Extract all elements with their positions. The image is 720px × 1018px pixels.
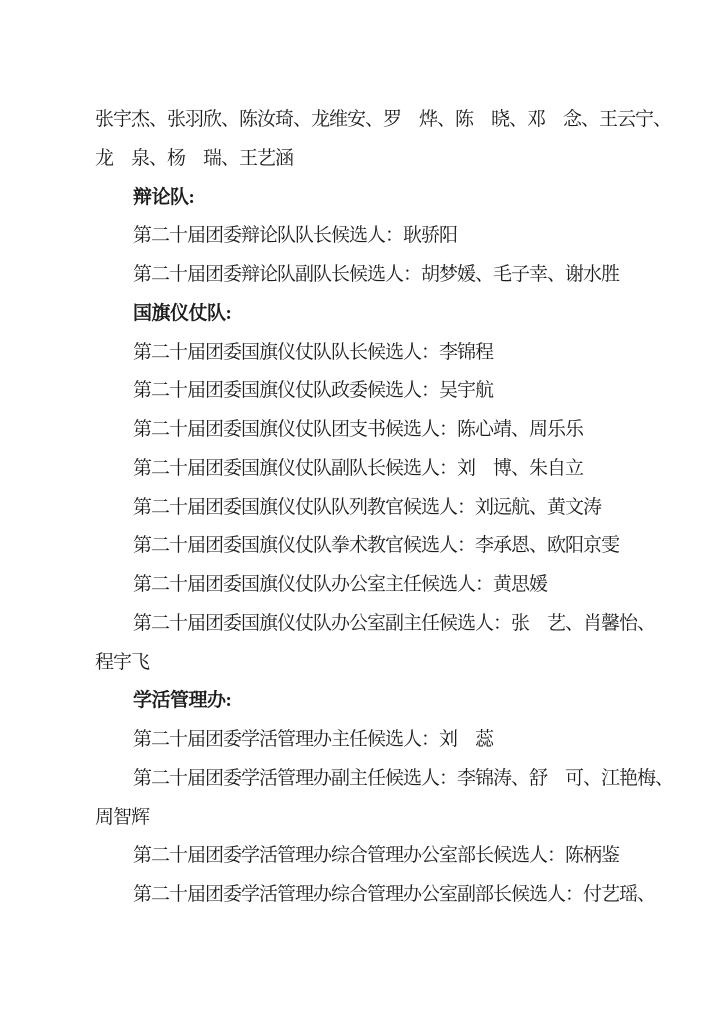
body-line: 第二十届团委学活管理办综合管理办公室部长候选人：陈柄鉴 (95, 837, 695, 876)
body-line: 第二十届团委国旗仪仗队副队长候选人：刘 博、朱自立 (95, 450, 695, 489)
document-page: 张宇杰、张羽欣、陈汝琦、龙维安、罗 烨、陈 晓、邓 念、王云宁、 龙 泉、杨 瑞… (0, 0, 720, 1018)
body-line: 程宇飞 (95, 644, 695, 683)
body-line: 第二十届团委国旗仪仗队办公室副主任候选人：张 艺、肖馨怡、 (95, 605, 695, 644)
section-heading: 辩论队: (95, 179, 695, 218)
body-line: 第二十届团委国旗仪仗队办公室主任候选人：黄思媛 (95, 566, 695, 605)
body-line: 第二十届团委学活管理办综合管理办公室副部长候选人：付艺瑶、 (95, 876, 695, 915)
body-line: 第二十届团委辩论队副队长候选人：胡梦媛、毛子幸、谢水胜 (95, 256, 695, 295)
document-body: 张宇杰、张羽欣、陈汝琦、龙维安、罗 烨、陈 晓、邓 念、王云宁、 龙 泉、杨 瑞… (95, 101, 695, 915)
body-line: 张宇杰、张羽欣、陈汝琦、龙维安、罗 烨、陈 晓、邓 念、王云宁、 (95, 101, 695, 140)
body-line: 第二十届团委国旗仪仗队队长候选人：李锦程 (95, 334, 695, 373)
body-line: 周智辉 (95, 799, 695, 838)
body-line: 第二十届团委学活管理办副主任候选人：李锦涛、舒 可、江艳梅、 (95, 760, 695, 799)
body-line: 第二十届团委国旗仪仗队拳术教官候选人：李承恩、欧阳京雯 (95, 527, 695, 566)
body-line: 第二十届团委辩论队队长候选人：耿骄阳 (95, 217, 695, 256)
body-line: 第二十届团委国旗仪仗队队列教官候选人：刘远航、黄文涛 (95, 489, 695, 528)
section-heading: 学活管理办: (95, 682, 695, 721)
body-line: 第二十届团委国旗仪仗队团支书候选人：陈心靖、周乐乐 (95, 411, 695, 450)
body-line: 第二十届团委学活管理办主任候选人：刘 蕊 (95, 721, 695, 760)
body-line: 龙 泉、杨 瑞、王艺涵 (95, 140, 695, 179)
body-line: 第二十届团委国旗仪仗队政委候选人：吴宇航 (95, 372, 695, 411)
section-heading: 国旗仪仗队: (95, 295, 695, 334)
